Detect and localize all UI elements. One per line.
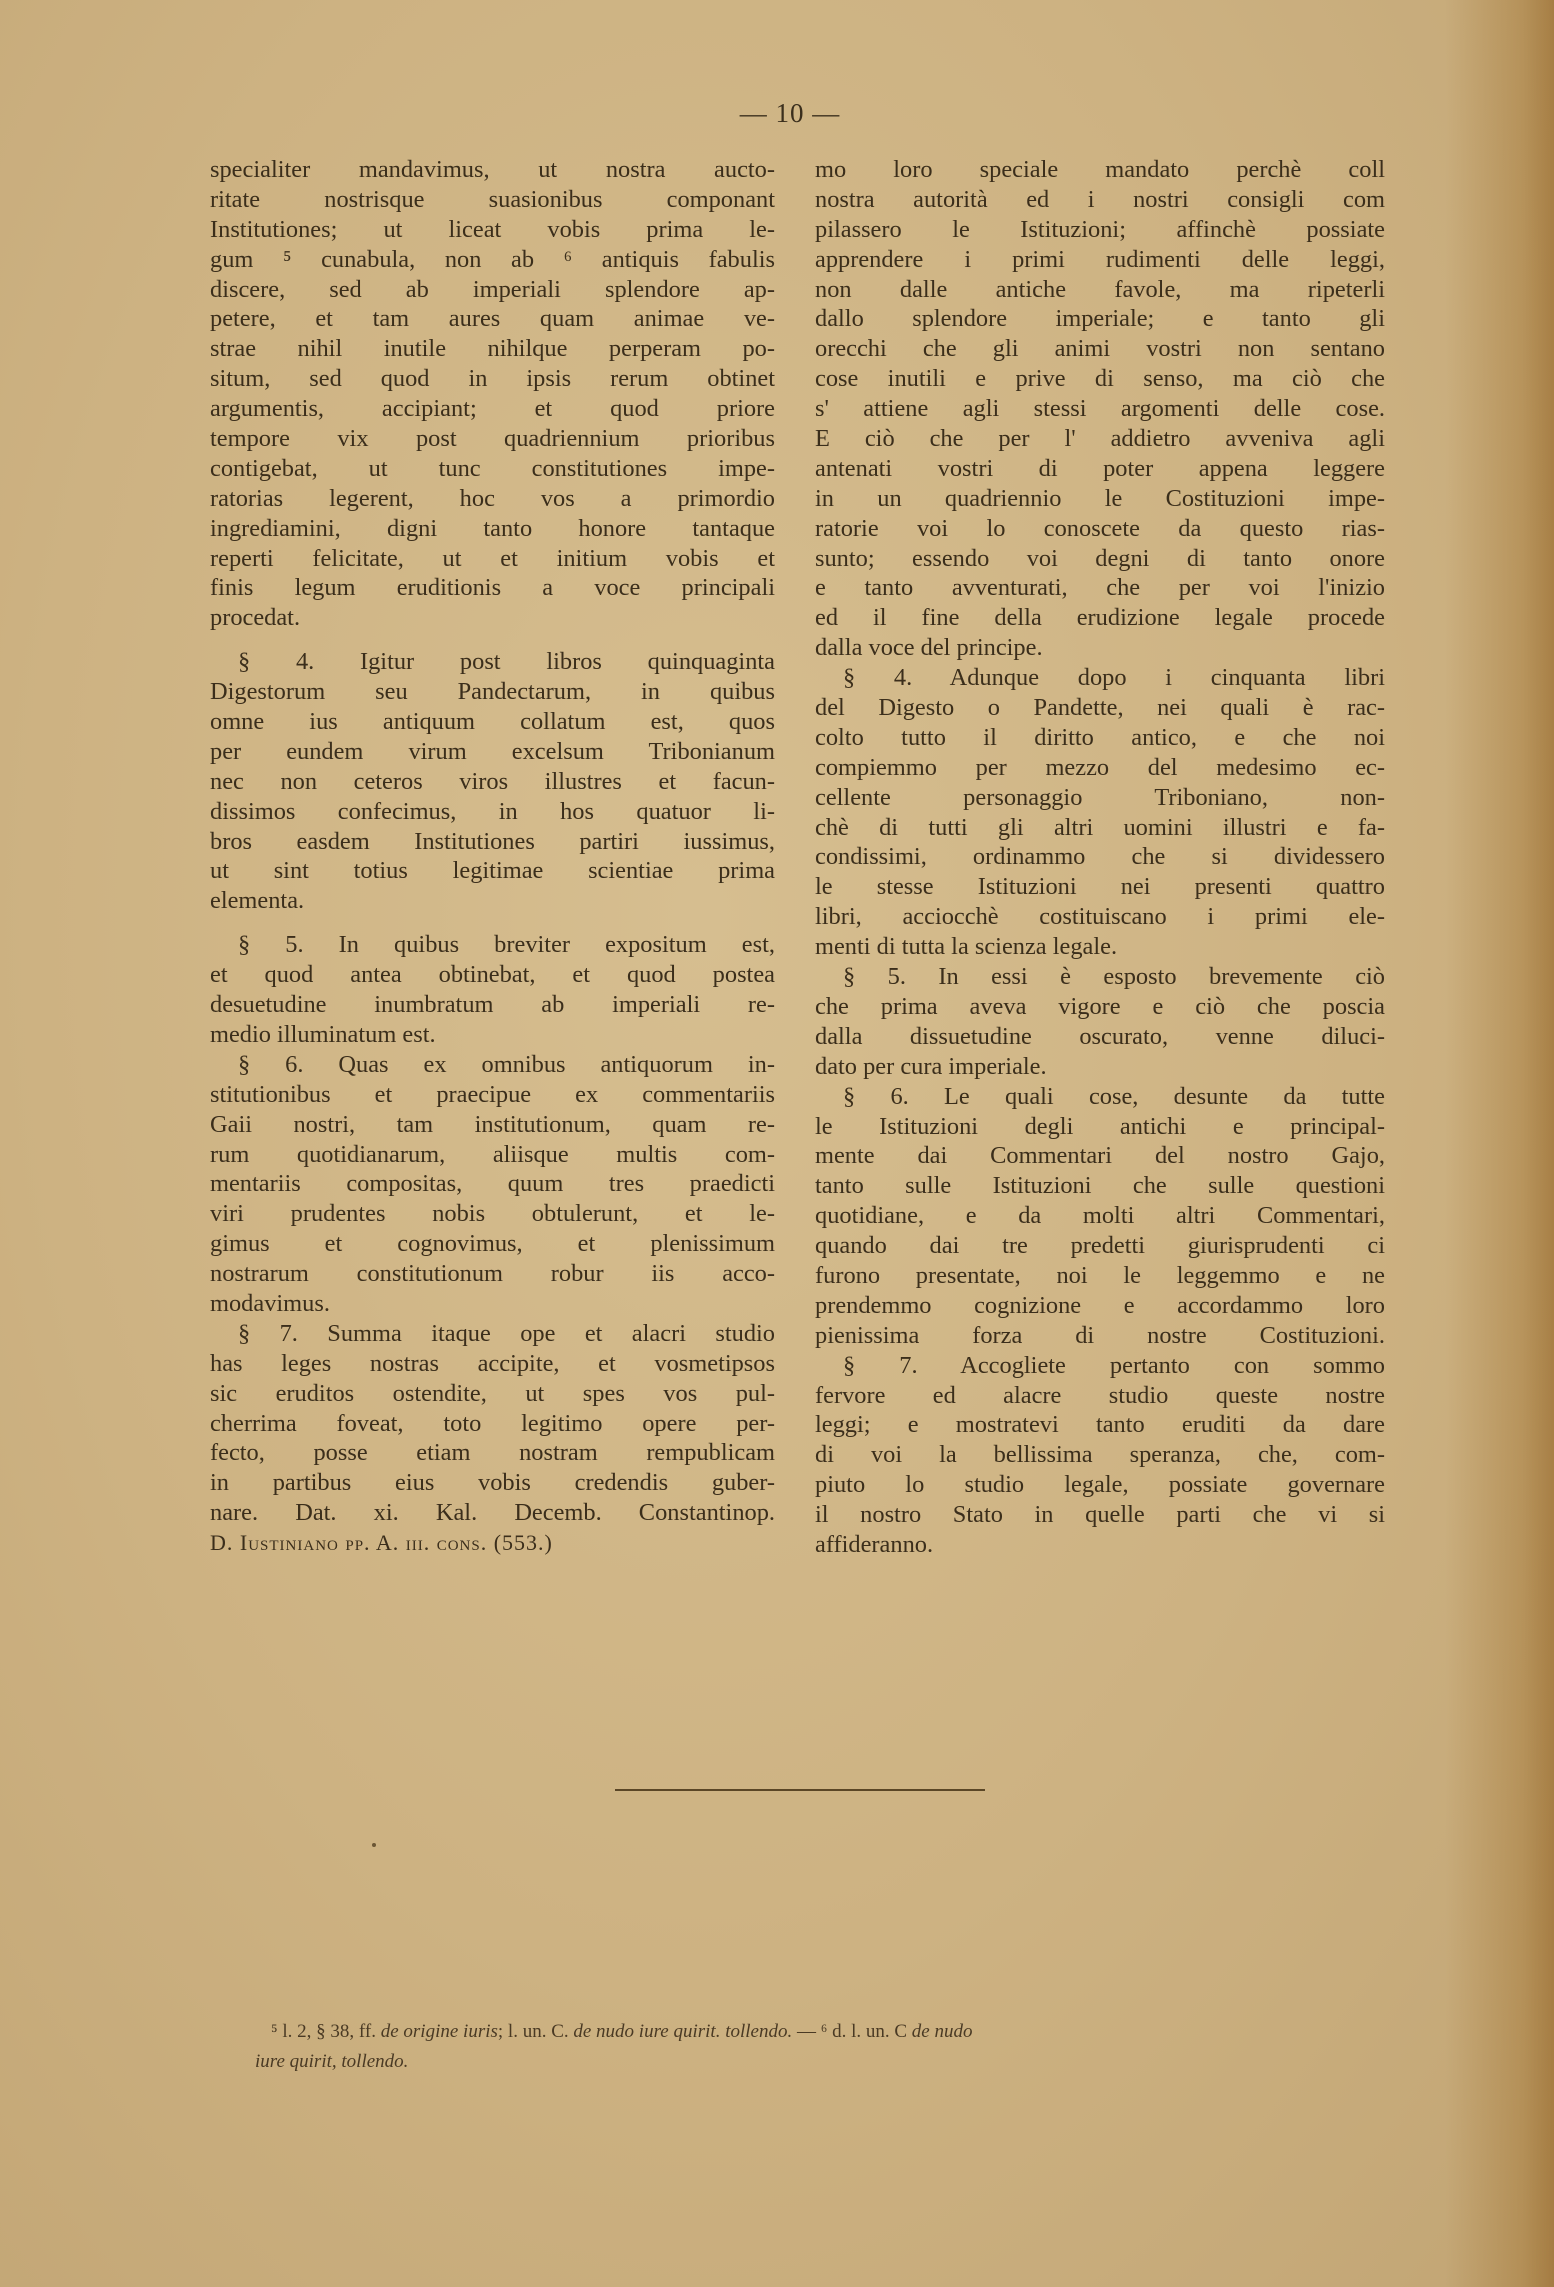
section-7-heading-line: § 7. Summa itaque ope et alacri studio bbox=[210, 1319, 775, 1349]
text-line: cherrima foveat, toto legitimo opere per… bbox=[210, 1409, 775, 1439]
text-line: tempore vix post quadriennium prioribus bbox=[210, 424, 775, 454]
text-line: cose inutili e prive di senso, ma ciò ch… bbox=[815, 364, 1385, 394]
text-line: discere, sed ab imperiali splendore ap- bbox=[210, 275, 775, 305]
section-5-heading-line: § 5. In essi è esposto brevemente ciò bbox=[815, 962, 1385, 992]
text-line: nostra autorità ed i nostri consigli com bbox=[815, 185, 1385, 215]
text-line: e tanto avventurati, che per voi l'inizi… bbox=[815, 573, 1385, 603]
section-4-heading-line: § 4. Igitur post libros quinquaginta bbox=[210, 647, 775, 677]
text-line: petere, et tam aures quam animae ve- bbox=[210, 304, 775, 334]
text-line: antenati vostri di poter appena leggere bbox=[815, 454, 1385, 484]
footnote-5-ref-2: ; l. un. C. bbox=[498, 2021, 573, 2042]
section-6-heading-line: § 6. Le quali cose, desunte da tutte bbox=[815, 1082, 1385, 1112]
text-line: quando dai tre predetti giurisprudenti c… bbox=[815, 1231, 1385, 1261]
text-line: specialiter mandavimus, ut nostra aucto- bbox=[210, 155, 775, 185]
section-divider-rule bbox=[615, 1789, 985, 1791]
text-line: le stesse Istituzioni nei presenti quatt… bbox=[815, 872, 1385, 902]
text-line: prendemmo cognizione e accordammo loro bbox=[815, 1291, 1385, 1321]
section-5-heading-line: § 5. In quibus breviter expositum est, bbox=[210, 930, 775, 960]
text-line: cellente personaggio Triboniano, non- bbox=[815, 783, 1385, 813]
section-7-heading-line: § 7. Accogliete pertanto con sommo bbox=[815, 1351, 1385, 1381]
text-line: strae nihil inutile nihilque perperam po… bbox=[210, 334, 775, 364]
text-line: gum ⁵ cunabula, non ab ⁶ antiquis fabuli… bbox=[210, 245, 775, 275]
text-line: colto tutto il diritto antico, e che noi bbox=[815, 723, 1385, 753]
text-line: ingrediamini, digni tanto honore tantaqu… bbox=[210, 514, 775, 544]
footnotes: ⁵ l. 2, § 38, ff. de origine iuris; l. u… bbox=[255, 2017, 1405, 2077]
text-line: condissimi, ordinammo che si dividessero bbox=[815, 842, 1385, 872]
text-line: has leges nostras accipite, et vosmetips… bbox=[210, 1349, 775, 1379]
text-line: stitutionibus et praecipue ex commentari… bbox=[210, 1080, 775, 1110]
text-line: contigebat, ut tunc constitutiones impe- bbox=[210, 454, 775, 484]
text-line: argumentis, accipiant; et quod priore bbox=[210, 394, 775, 424]
text-line: elementa. bbox=[210, 886, 775, 916]
text-line: rum quotidianarum, aliisque multis com- bbox=[210, 1140, 775, 1170]
text-line: Gaii nostri, tam institutionum, quam re- bbox=[210, 1110, 775, 1140]
scanned-page: — 10 — specialiter mandavimus, ut nostra… bbox=[0, 0, 1554, 2287]
text-line: mente dai Commentari del nostro Gajo, bbox=[815, 1141, 1385, 1171]
text-line: ritate nostrisque suasionibus componant bbox=[210, 185, 775, 215]
text-line: nare. Dat. xi. Kal. Decemb. Constantinop… bbox=[210, 1498, 775, 1528]
text-line: apprendere i primi rudimenti delle leggi… bbox=[815, 245, 1385, 275]
text-line: sunto; essendo voi degni di tanto onore bbox=[815, 544, 1385, 574]
text-line: compiemmo per mezzo del medesimo ec- bbox=[815, 753, 1385, 783]
text-line: gimus et cognovimus, et plenissimum bbox=[210, 1229, 775, 1259]
text-line: medio illuminatum est. bbox=[210, 1020, 775, 1050]
text-line: le Istituzioni degli antichi e principal… bbox=[815, 1112, 1385, 1142]
text-line: Institutiones; ut liceat vobis prima le- bbox=[210, 215, 775, 245]
footnote-6-ref: — ⁶ d. l. un. C bbox=[792, 2021, 912, 2042]
text-line: Digestorum seu Pandectarum, in quibus bbox=[210, 677, 775, 707]
footnote-6-title: de nudo bbox=[912, 2021, 973, 2042]
text-line: leggi; e mostratevi tanto eruditi da dar… bbox=[815, 1410, 1385, 1440]
text-line: et quod antea obtinebat, et quod postea bbox=[210, 960, 775, 990]
page-number: — 10 — bbox=[700, 98, 880, 129]
text-line: libri, acciocchè costituiscano i primi e… bbox=[815, 902, 1385, 932]
text-line: affideranno. bbox=[815, 1530, 1385, 1560]
text-line: furono presentate, noi le leggemmo e ne bbox=[815, 1261, 1385, 1291]
footnote-5-ref: ⁵ l. 2, § 38, ff. bbox=[271, 2021, 381, 2042]
text-line: fecto, posse etiam nostram rempublicam bbox=[210, 1438, 775, 1468]
italian-column: mo loro speciale mandato perchè coll nos… bbox=[815, 155, 1385, 1560]
text-line: orecchi che gli animi vostri non sentano bbox=[815, 334, 1385, 364]
text-line: situm, sed quod in ipsis rerum obtinet bbox=[210, 364, 775, 394]
text-line: dalla dissuetudine oscurato, venne diluc… bbox=[815, 1022, 1385, 1052]
text-line: del Digesto o Pandette, nei quali è rac- bbox=[815, 693, 1385, 723]
text-line: E ciò che per l' addietro avveniva agli bbox=[815, 424, 1385, 454]
footnote-5-title: de origine iuris bbox=[381, 2021, 498, 2042]
text-line: mentariis compositas, quum tres praedict… bbox=[210, 1169, 775, 1199]
text-line: sic eruditos ostendite, ut spes vos pul- bbox=[210, 1379, 775, 1409]
text-line: omne ius antiquum collatum est, quos bbox=[210, 707, 775, 737]
text-line: mo loro speciale mandato perchè coll bbox=[815, 155, 1385, 185]
latin-column: specialiter mandavimus, ut nostra aucto-… bbox=[210, 155, 775, 1558]
text-line: modavimus. bbox=[210, 1289, 775, 1319]
text-line: ratorias legerent, hoc vos a primordio bbox=[210, 484, 775, 514]
text-line: finis legum eruditionis a voce principal… bbox=[210, 573, 775, 603]
text-line: dissimos confecimus, in hos quatuor li- bbox=[210, 797, 775, 827]
text-line: ratorie voi lo conoscete da questo rias- bbox=[815, 514, 1385, 544]
text-line: pienissima forza di nostre Costituzioni. bbox=[815, 1321, 1385, 1351]
text-line: fervore ed alacre studio queste nostre bbox=[815, 1381, 1385, 1411]
text-line: ed il fine della erudizione legale proce… bbox=[815, 603, 1385, 633]
text-line: dalla voce del principe. bbox=[815, 633, 1385, 663]
date-signature-line: D. Iustiniano pp. A. iii. cons. (553.) bbox=[210, 1528, 775, 1558]
text-line: il nostro Stato in quelle parti che vi s… bbox=[815, 1500, 1385, 1530]
text-line: chè di tutti gli altri uomini illustri e… bbox=[815, 813, 1385, 843]
text-line: procedat. bbox=[210, 603, 775, 633]
section-4-heading-line: § 4. Adunque dopo i cinquanta libri bbox=[815, 663, 1385, 693]
footnote-line-2: iure quirit, tollendo. bbox=[255, 2047, 1405, 2077]
text-line: desuetudine inumbratum ab imperiali re- bbox=[210, 990, 775, 1020]
text-line: reperti felicitate, ut et initium vobis … bbox=[210, 544, 775, 574]
text-line: s' attiene agli stessi argomenti delle c… bbox=[815, 394, 1385, 424]
text-line: nostrarum constitutionum robur iis acco- bbox=[210, 1259, 775, 1289]
text-line: per eundem virum excelsum Tribonianum bbox=[210, 737, 775, 767]
ink-speck bbox=[372, 1843, 376, 1847]
text-line: bros easdem Institutiones partiri iussim… bbox=[210, 827, 775, 857]
text-line: quotidiane, e da molti altri Commentari, bbox=[815, 1201, 1385, 1231]
text-line: menti di tutta la scienza legale. bbox=[815, 932, 1385, 962]
footnote-line-1: ⁵ l. 2, § 38, ff. de origine iuris; l. u… bbox=[255, 2017, 1405, 2047]
text-line: pilassero le Istituzioni; affinchè possi… bbox=[815, 215, 1385, 245]
text-line: di voi la bellissima speranza, che, com- bbox=[815, 1440, 1385, 1470]
text-line: viri prudentes nobis obtulerunt, et le- bbox=[210, 1199, 775, 1229]
text-line: nec non ceteros viros illustres et facun… bbox=[210, 767, 775, 797]
footnote-5-title-2: de nudo iure quirit. tollendo. bbox=[573, 2021, 792, 2042]
text-line: in un quadriennio le Costituzioni impe- bbox=[815, 484, 1385, 514]
text-line: in partibus eius vobis credendis guber- bbox=[210, 1468, 775, 1498]
text-line: ut sint totius legitimae scientiae prima bbox=[210, 856, 775, 886]
footnote-6-title-cont: iure quirit, tollendo. bbox=[255, 2051, 408, 2072]
text-line: dallo splendore imperiale; e tanto gli bbox=[815, 304, 1385, 334]
text-line: che prima aveva vigore e ciò che poscia bbox=[815, 992, 1385, 1022]
text-line: tanto sulle Istituzioni che sulle questi… bbox=[815, 1171, 1385, 1201]
text-line: piuto lo studio legale, possiate governa… bbox=[815, 1470, 1385, 1500]
text-line: dato per cura imperiale. bbox=[815, 1052, 1385, 1082]
section-6-heading-line: § 6. Quas ex omnibus antiquorum in- bbox=[210, 1050, 775, 1080]
text-line: non dalle antiche favole, ma ripeterli bbox=[815, 275, 1385, 305]
